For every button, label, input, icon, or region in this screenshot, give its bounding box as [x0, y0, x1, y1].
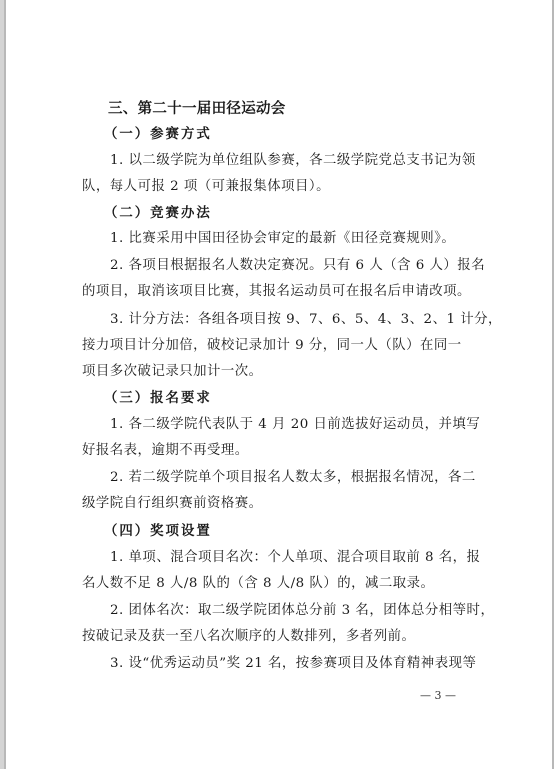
subsection-heading-3: （三）报名要求	[104, 389, 212, 407]
subsection-heading-2: （二）竞赛办法	[104, 204, 212, 222]
paragraph-line: 1. 以二级学院为单位组队参赛，各二级学院党总支书记为领	[110, 152, 476, 170]
paragraph-line: 2. 团体名次：取二级学院团体总分前 3 名，团体总分相等时，	[110, 602, 494, 620]
paragraph-line: 1. 单项、混合项目名次：个人单项、混合项目取前 8 名，报	[110, 549, 480, 567]
paragraph-line: 项目多次破记录只加计一次。	[82, 363, 263, 381]
paragraph-line: 接力项目计分加倍，破校记录加计 9 分，同一人（队）在同一	[82, 337, 462, 355]
paragraph-line: 级学院自行组织赛前资格赛。	[82, 495, 263, 513]
paragraph-line: 2. 各项目根据报名人数决定赛况。只有 6 人（含 6 人）报名	[110, 257, 485, 275]
paragraph-line: 的项目，取消该项目比赛，其报名运动员可在报名后申请改项。	[82, 283, 471, 301]
paragraph-line: 1. 比赛采用中国田径协会审定的最新《田径竞赛规则》。	[110, 230, 455, 248]
paragraph-line: 3. 设“优秀运动员”奖 21 名，按参赛项目及体育精神表现等	[110, 655, 476, 673]
page-left-edge	[4, 0, 6, 769]
paragraph-line: 名人数不足 8 人/8 队的（含 8 人/8 队）的，减二取录。	[82, 575, 434, 593]
subsection-heading-4: （四）奖项设置	[104, 522, 212, 540]
page-number: — 3 —	[420, 689, 456, 702]
subsection-heading-1: （一）参赛方式	[104, 125, 212, 143]
paragraph-line: 1. 各二级学院代表队于 4 月 20 日前选拔好运动员，并填写	[110, 416, 480, 434]
paragraph-line: 2. 若二级学院单个项目报名人数太多，根据报名情况，各二	[110, 469, 476, 487]
paragraph-line: 队，每人可报 2 项（可兼报集体项目）。	[82, 178, 330, 196]
paragraph-line: 按破记录及获一至八名次顺序的人数排列，多者列前。	[82, 628, 415, 646]
paragraph-line: 3. 计分方法：各组各项目按 9、7、6、5、4、3、2、1 计分，	[110, 311, 502, 329]
paragraph-line: 好报名表，逾期不再受理。	[82, 442, 249, 460]
section-title: 三、第二十一届田径运动会	[108, 100, 286, 118]
